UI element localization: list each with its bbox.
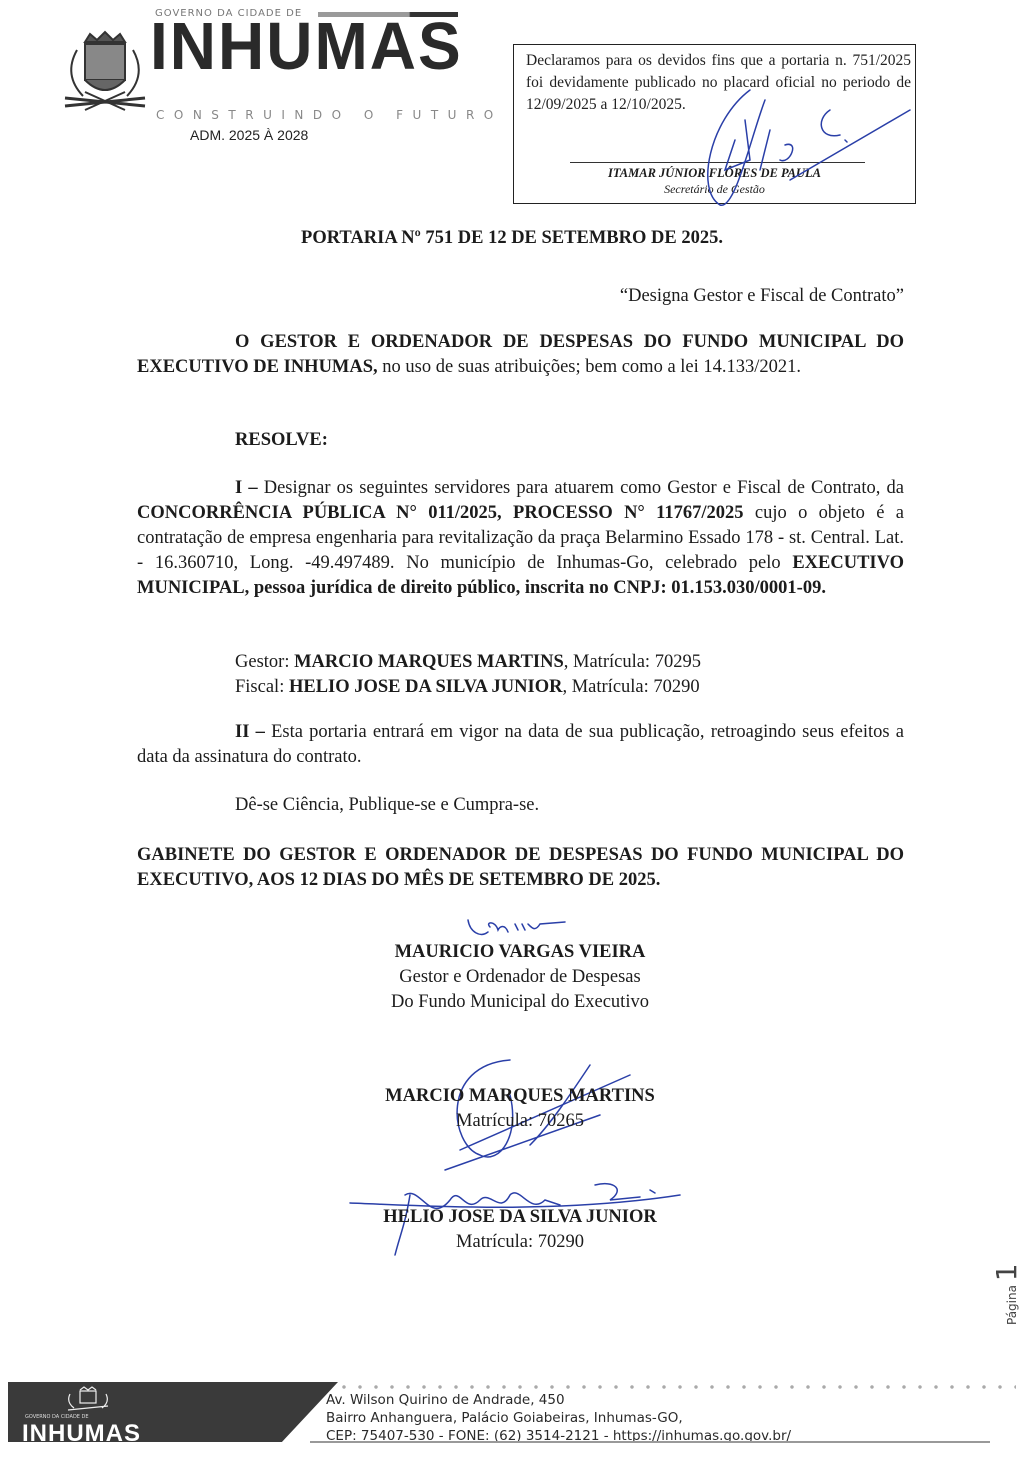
closing-formula: Dê-se Ciência, Publique-se e Cumpra-se.: [137, 793, 904, 818]
designation-registration: , Matrícula: 70290: [562, 677, 699, 697]
signer-registration: Matrícula: 70265: [0, 1109, 1024, 1134]
article-1-paragraph: I – Designar os seguintes servidores par…: [137, 476, 904, 601]
page-number-value: 1: [990, 1263, 1023, 1281]
footer-divider: [310, 1441, 990, 1443]
signature-block-contract-inspector: HELIO JOSE DA SILVA JUNIOR Matrícula: 70…: [0, 1205, 1024, 1255]
designation-role: Gestor:: [235, 652, 294, 672]
article-2-paragraph: II – Esta portaria entrará em vigor na d…: [137, 720, 904, 770]
designation-role: Fiscal:: [235, 677, 289, 697]
signer-name: HELIO JOSE DA SILVA JUNIOR: [0, 1205, 1024, 1230]
cabinet-statement: GABINETE DO GESTOR E ORDENADOR DE DESPES…: [137, 843, 904, 893]
process-reference: CONCORRÊNCIA PÚBLICA N° 011/2025, PROCES…: [137, 503, 744, 523]
address-line: Bairro Anhanguera, Palácio Goiabeiras, I…: [326, 1409, 791, 1427]
designation-registration: , Matrícula: 70295: [564, 652, 701, 672]
footer-decorative-dots: [336, 1384, 1016, 1390]
footer-brand: INHUMAS: [22, 1420, 141, 1448]
footer-address: Av. Wilson Quirino de Andrade, 450 Bairr…: [326, 1391, 791, 1445]
preamble-text: no uso de suas atribuições; bem como a l…: [378, 357, 801, 377]
article-1-number: I –: [235, 478, 258, 498]
resolve-label: RESOLVE:: [137, 428, 904, 453]
administration-period: ADM. 2025 À 2028: [190, 127, 308, 143]
signer-role: Gestor e Ordenador de Despesas: [0, 965, 1024, 990]
signature-block-contract-manager: MARCIO MARQUES MARTINS Matrícula: 70265: [0, 1084, 1024, 1134]
preamble-paragraph: O GESTOR E ORDENADOR DE DESPESAS DO FUND…: [137, 330, 904, 380]
handwritten-signature-icon: [690, 80, 890, 210]
designation-name: MARCIO MARQUES MARTINS: [294, 652, 564, 672]
signer-role: Do Fundo Municipal do Executivo: [0, 990, 1024, 1015]
handwritten-signature-icon: [460, 902, 570, 942]
document-title: PORTARIA Nº 751 DE 12 DE SETEMBRO DE 202…: [0, 228, 1024, 249]
designation-manager: Gestor: MARCIO MARQUES MARTINS, Matrícul…: [235, 650, 701, 675]
page-number: Página 1: [990, 1263, 1023, 1325]
article-1-text: Designar os seguintes servidores para at…: [258, 478, 904, 498]
tagline: CONSTRUINDO O FUTURO: [156, 108, 503, 122]
coat-of-arms-icon: [62, 1386, 114, 1414]
page-label: Página: [1005, 1285, 1019, 1325]
article-2-number: II –: [235, 722, 265, 742]
address-line: Av. Wilson Quirino de Andrade, 450: [326, 1391, 791, 1409]
designation-name: HELIO JOSE DA SILVA JUNIOR: [289, 677, 563, 697]
signer-registration: Matrícula: 70290: [0, 1230, 1024, 1255]
signature-block-manager: MAURICIO VARGAS VIEIRA Gestor e Ordenado…: [0, 940, 1024, 1015]
coat-of-arms-icon: [55, 30, 155, 115]
signer-name: MARCIO MARQUES MARTINS: [0, 1084, 1024, 1109]
brand-logo-text: INHUMAS: [150, 12, 463, 79]
designation-inspector: Fiscal: HELIO JOSE DA SILVA JUNIOR, Matr…: [235, 675, 700, 700]
signer-name: MAURICIO VARGAS VIEIRA: [0, 940, 1024, 965]
document-subject: “Designa Gestor e Fiscal de Contrato”: [620, 286, 904, 307]
